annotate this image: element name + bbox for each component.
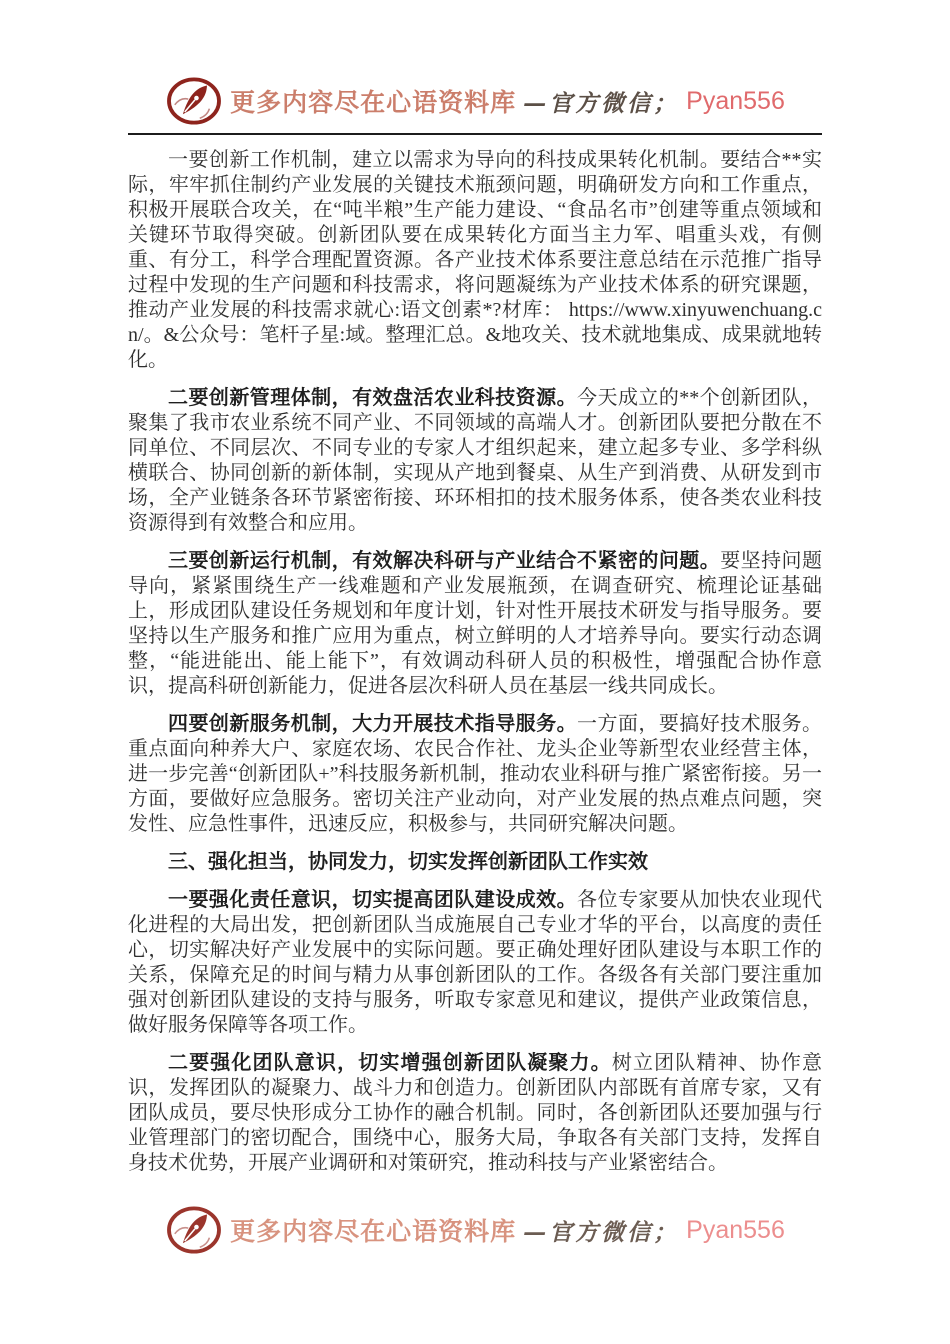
- header-watermark: 更多内容尽在心语资料库 —官方微信； Pyan556: [0, 0, 950, 126]
- header-divider: [128, 133, 822, 135]
- paragraph: 四要创新服务机制，大力开展技术指导服务。一方面，要搞好技术服务。重点面向种养大户…: [128, 712, 822, 837]
- document-body: 一要创新工作机制，建立以需求为导向的科技成果转化机制。要结合**实际，牢牢抓住制…: [128, 148, 822, 1176]
- paragraph-text: 各位专家要从加快农业现代化进程的大局出发，把创新团队当成施展自己专业才华的平台，…: [128, 889, 822, 1036]
- paragraph-text: 要坚持问题导向，紧紧围绕生产一线难题和产业发展瓶颈，在调查研究、梳理论证基础上，…: [128, 550, 822, 697]
- paragraph-lead: 三要创新运行机制，有效解决科研与产业结合不紧密的问题。: [168, 550, 720, 572]
- wechat-id: Pyan556: [686, 1216, 785, 1245]
- document-page: 更多内容尽在心语资料库 —官方微信； Pyan556 一要创新工作机制，建立以需…: [0, 0, 950, 1344]
- pen-nib-circle-icon: [165, 76, 223, 126]
- paragraph-text: 今天成立的**个创新团队，聚集了我市农业系统不同产业、不同领域的高端人才。创新团…: [128, 387, 822, 534]
- footer-watermark: 更多内容尽在心语资料库 —官方微信； Pyan556: [0, 1205, 950, 1255]
- section-heading: 三、强化担当，协同发力，切实发挥创新团队工作实效: [128, 850, 822, 875]
- wechat-id: Pyan556: [686, 87, 785, 116]
- paragraph-lead: 一要强化责任意识，切实提高团队建设成效。: [168, 889, 577, 911]
- paragraph: 一要强化责任意识，切实提高团队建设成效。各位专家要从加快农业现代化进程的大局出发…: [128, 888, 822, 1038]
- paragraph: 三要创新运行机制，有效解决科研与产业结合不紧密的问题。要坚持问题导向，紧紧围绕生…: [128, 549, 822, 699]
- brand-text: 更多内容尽在心语资料库: [230, 83, 516, 119]
- paragraph: 一要创新工作机制，建立以需求为导向的科技成果转化机制。要结合**实际，牢牢抓住制…: [128, 148, 822, 373]
- brand-text: 更多内容尽在心语资料库: [230, 1212, 516, 1248]
- paragraph-text: 一要创新工作机制，建立以需求为导向的科技成果转化机制。要结合**实际，牢牢抓住制…: [128, 149, 822, 371]
- paragraph-lead: 四要创新服务机制，大力开展技术指导服务。: [168, 713, 577, 735]
- brand-script-text: —官方微信；: [523, 1214, 679, 1247]
- paragraph: 二要强化团队意识，切实增强创新团队凝聚力。树立团队精神、协作意识，发挥团队的凝聚…: [128, 1051, 822, 1176]
- paragraph: 二要创新管理体制，有效盘活农业科技资源。今天成立的**个创新团队，聚集了我市农业…: [128, 386, 822, 536]
- paragraph-lead: 二要创新管理体制，有效盘活农业科技资源。: [168, 387, 577, 409]
- pen-nib-circle-icon: [165, 1205, 223, 1255]
- paragraph-lead: 二要强化团队意识，切实增强创新团队凝聚力。: [168, 1052, 612, 1074]
- brand-script-text: —官方微信；: [523, 85, 679, 118]
